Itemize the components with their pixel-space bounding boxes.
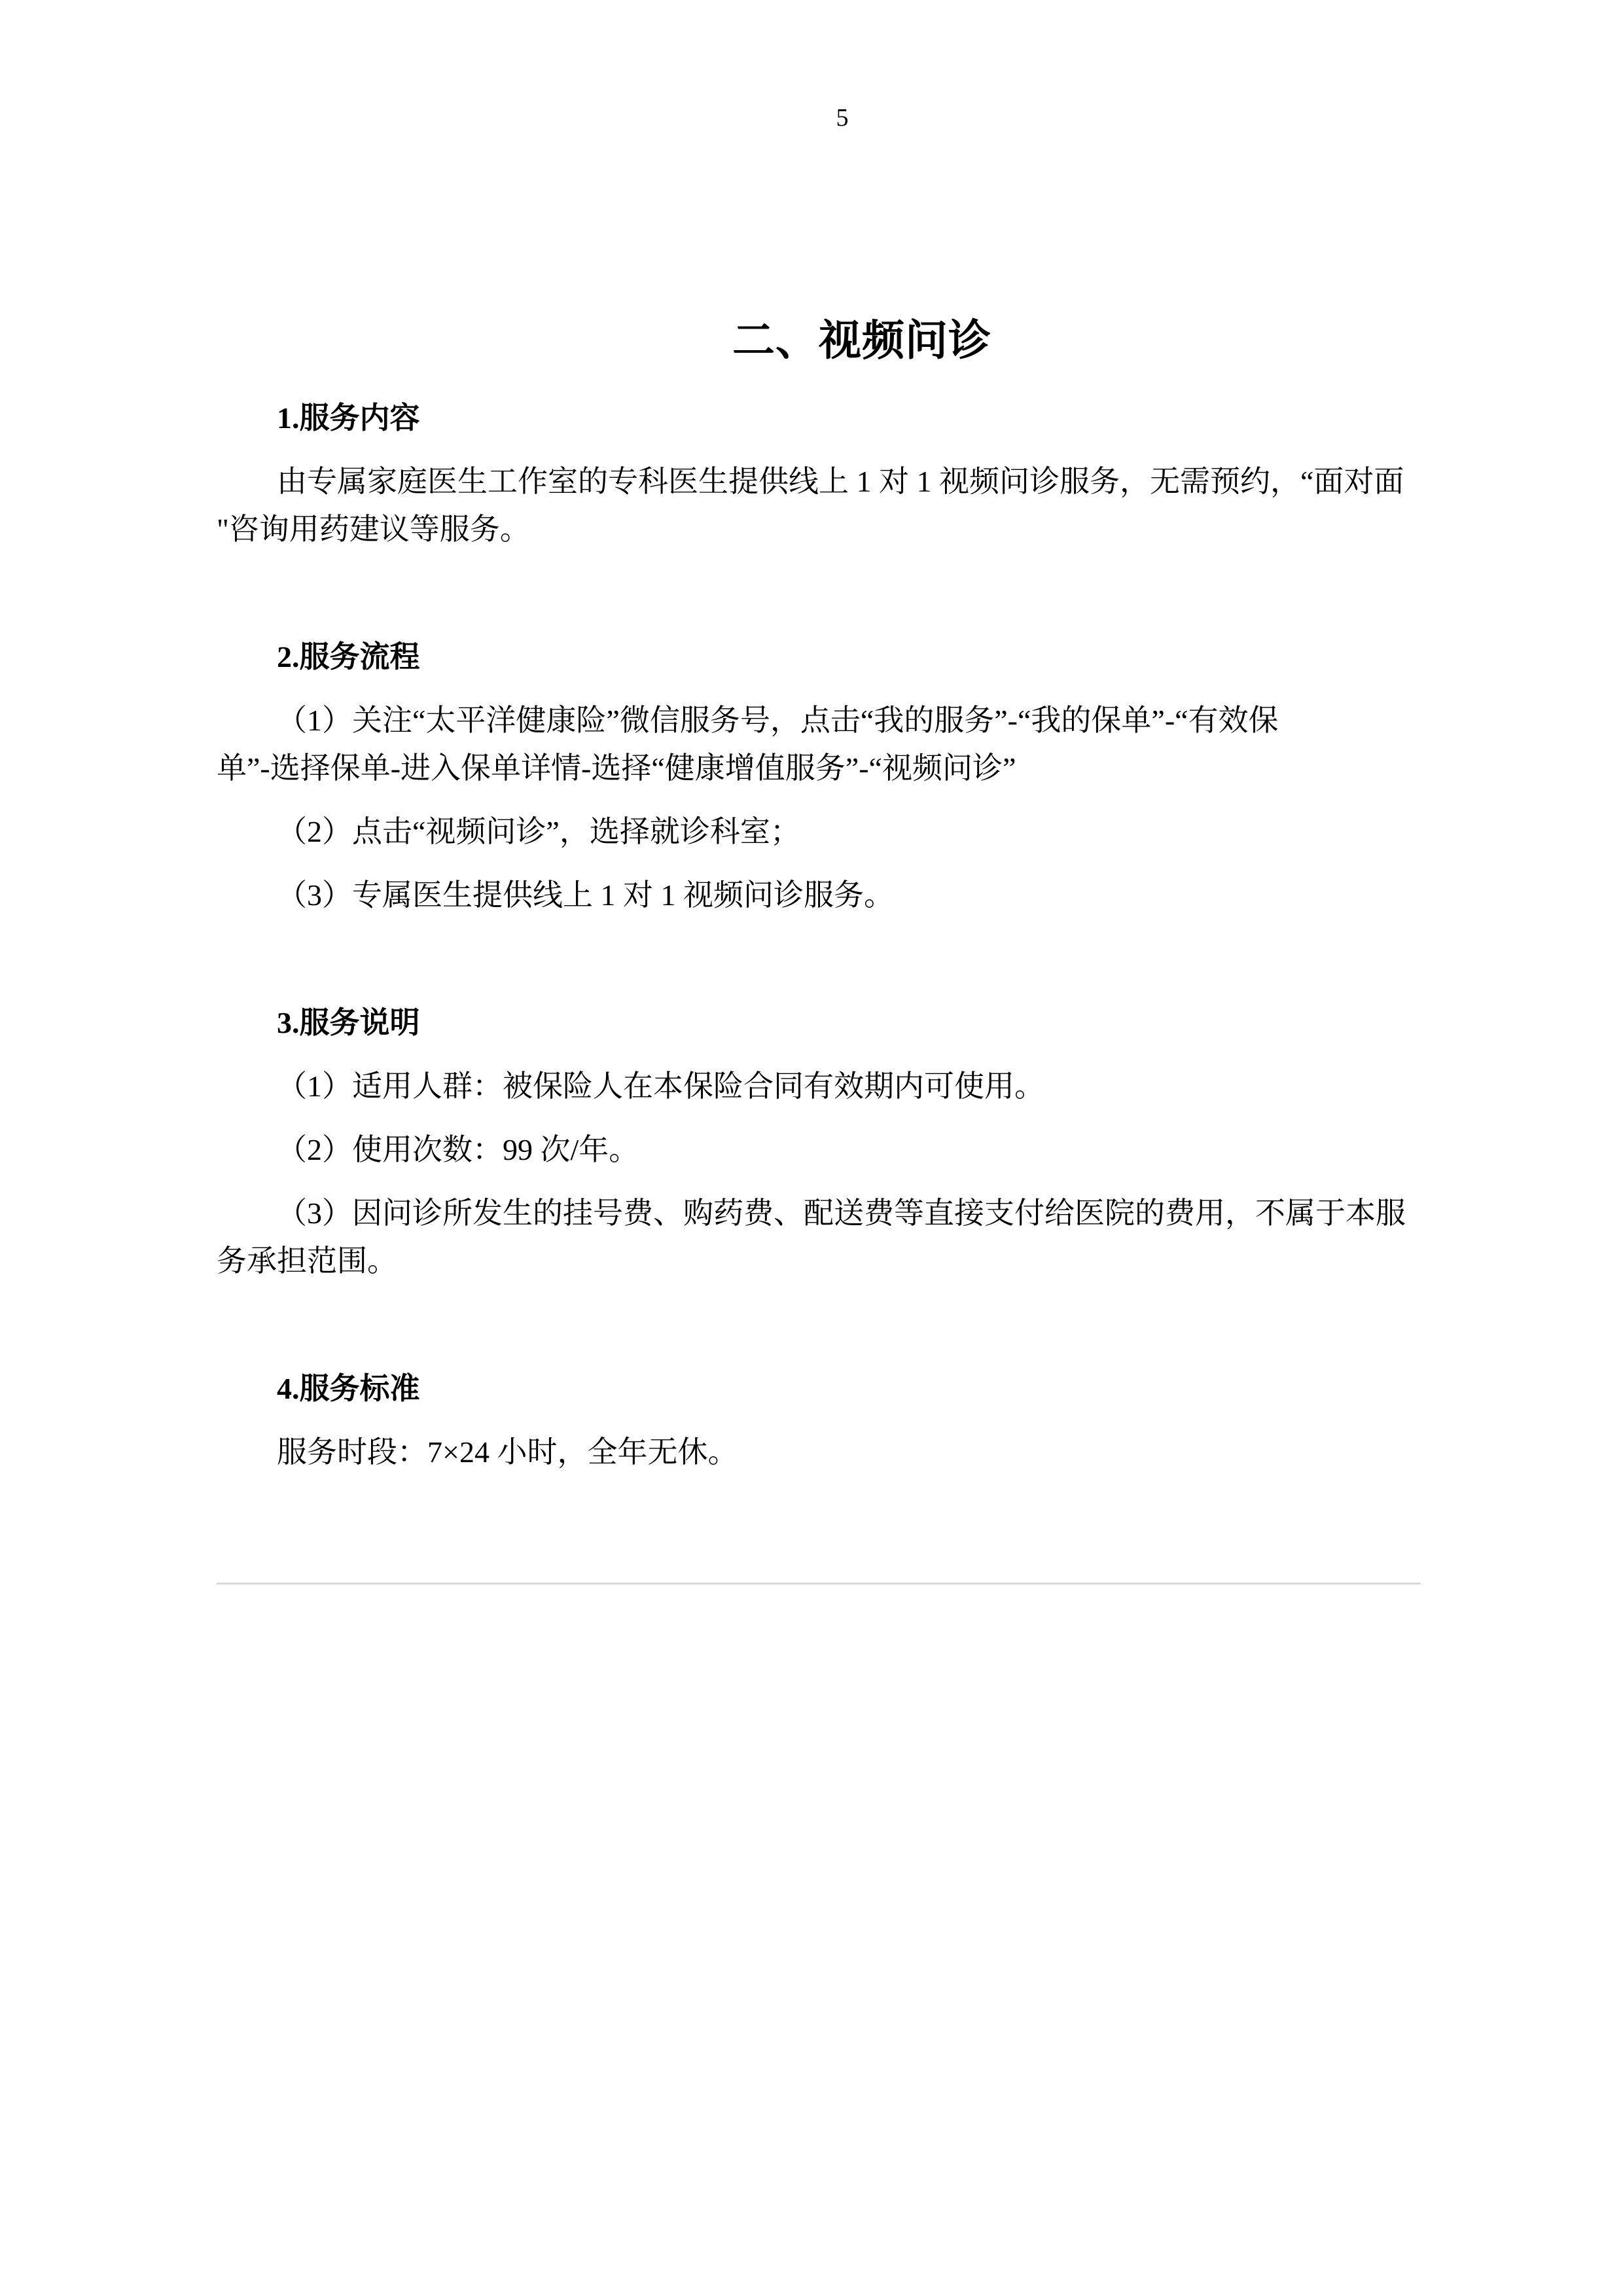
paragraph: （3）因问诊所发生的挂号费、购药费、配送费等直接支付给医院的费用，不属于本服 务… bbox=[217, 1189, 1421, 1285]
paragraph: 服务时段：7×24 小时，全年无休。 bbox=[217, 1428, 1421, 1476]
text-line: 务承担范围。 bbox=[217, 1237, 1421, 1285]
text-line: 单”-选择保单-进入保单详情-选择“健康增值服务”-“视频问诊” bbox=[217, 744, 1421, 792]
text-line: 由专属家庭医生工作室的专科医生提供线上 1 对 1 视频问诊服务，无需预约，“面… bbox=[217, 457, 1421, 505]
section-heading-service-content: 1.服务内容 bbox=[217, 394, 1421, 442]
section-heading-service-process: 2.服务流程 bbox=[217, 633, 1421, 681]
text-line: "咨询用药建议等服务。 bbox=[217, 505, 1421, 553]
paragraph: （3）专属医生提供线上 1 对 1 视频问诊服务。 bbox=[217, 871, 1421, 919]
paragraph: （1）关注“太平洋健康险”微信服务号，点击“我的服务”-“我的保单”-“有效保 … bbox=[217, 696, 1421, 792]
text-line: （3）因问诊所发生的挂号费、购药费、配送费等直接支付给医院的费用，不属于本服 bbox=[217, 1189, 1421, 1237]
text-line: （2）使用次数：99 次/年。 bbox=[217, 1126, 1421, 1174]
section-heading-service-standard: 4.服务标准 bbox=[217, 1365, 1421, 1412]
text-column: 5 二、视频问诊 1.服务内容 由专属家庭医生工作室的专科医生提供线上 1 对 … bbox=[217, 101, 1421, 1585]
divider bbox=[217, 1583, 1421, 1585]
page-number: 5 bbox=[240, 101, 1444, 134]
paragraph: （1）适用人群：被保险人在本保险合同有效期内可使用。 bbox=[217, 1062, 1421, 1110]
text-line: （1）关注“太平洋健康险”微信服务号，点击“我的服务”-“我的保单”-“有效保 bbox=[217, 696, 1421, 744]
document-title: 二、视频问诊 bbox=[260, 312, 1464, 370]
paragraph: 由专属家庭医生工作室的专科医生提供线上 1 对 1 视频问诊服务，无需预约，“面… bbox=[217, 457, 1421, 553]
text-line: （1）适用人群：被保险人在本保险合同有效期内可使用。 bbox=[217, 1062, 1421, 1110]
paragraph: （2）使用次数：99 次/年。 bbox=[217, 1126, 1421, 1174]
text-line: （2）点击“视频问诊”，选择就诊科室； bbox=[217, 808, 1421, 855]
text-line: （3）专属医生提供线上 1 对 1 视频问诊服务。 bbox=[217, 871, 1421, 919]
document-page: 5 二、视频问诊 1.服务内容 由专属家庭医生工作室的专科医生提供线上 1 对 … bbox=[0, 0, 1623, 2296]
section-heading-service-notes: 3.服务说明 bbox=[217, 999, 1421, 1047]
paragraph: （2）点击“视频问诊”，选择就诊科室； bbox=[217, 808, 1421, 855]
text-line: 服务时段：7×24 小时，全年无休。 bbox=[217, 1428, 1421, 1476]
